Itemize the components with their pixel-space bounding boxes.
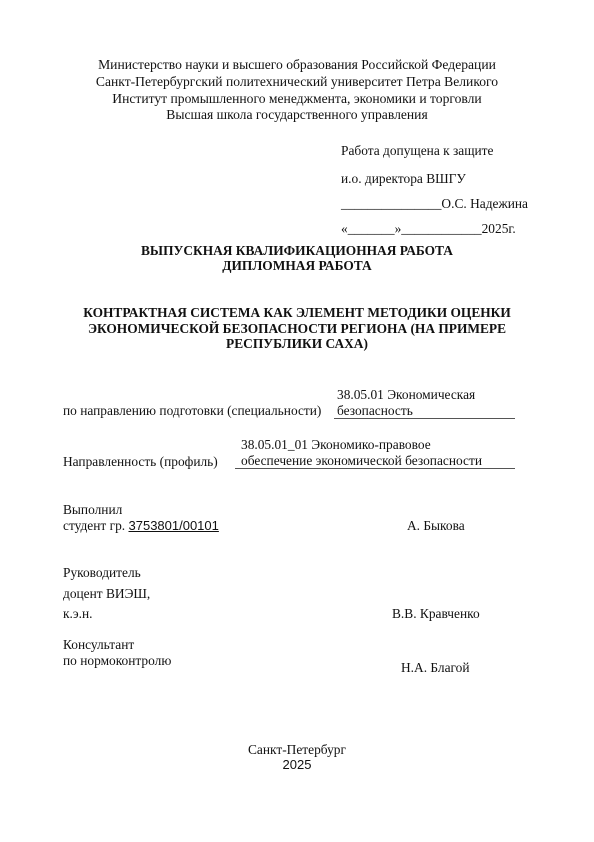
direction-underline: [334, 418, 515, 419]
institute-line: Институт промышленного менеджмента, экон…: [0, 91, 594, 108]
supervisor-position: доцент ВИЭШ,: [63, 586, 150, 602]
thesis-title: КОНТРАКТНАЯ СИСТЕМА КАК ЭЛЕМЕНТ МЕТОДИКИ…: [0, 305, 594, 352]
supervisor-label: Руководитель: [63, 565, 141, 581]
student-group-number: 3753801/00101: [129, 518, 219, 533]
profile-underline: [235, 468, 515, 469]
direction-label: по направлению подготовки (специальности…: [63, 403, 321, 419]
profile-value-line-1: 38.05.01_01 Экономико-правовое: [241, 437, 431, 453]
profile-label: Направленность (профиль): [63, 454, 218, 470]
institution-header: Министерство науки и высшего образования…: [0, 57, 594, 124]
thesis-title-line-1: КОНТРАКТНАЯ СИСТЕМА КАК ЭЛЕМЕНТ МЕТОДИКИ…: [0, 305, 594, 321]
supervisor-degree: к.э.н.: [63, 606, 92, 622]
performer-label: Выполнил: [63, 502, 122, 518]
footer-city: Санкт-Петербург: [0, 742, 594, 757]
approval-date-line: «_______»____________2025г.: [341, 221, 516, 237]
approval-admitted: Работа допущена к защите: [341, 143, 493, 159]
thesis-title-line-2: ЭКОНОМИЧЕСКОЙ БЕЗОПАСНОСТИ РЕГИОНА (НА П…: [0, 321, 594, 337]
approval-signature-line: _______________О.С. Надежина: [341, 196, 528, 212]
profile-value-line-2: обеспечение экономической безопасности: [241, 453, 482, 469]
work-type-line-1: ВЫПУСКНАЯ КВАЛИФИКАЦИОННАЯ РАБОТА: [0, 243, 594, 258]
performer-group-line: студент гр. 3753801/00101: [63, 518, 219, 534]
university-line: Санкт-Петербургский политехнический унив…: [0, 74, 594, 91]
consultant-role: по нормоконтролю: [63, 653, 171, 669]
ministry-line: Министерство науки и высшего образования…: [0, 57, 594, 74]
thesis-title-line-3: РЕСПУБЛИКИ САХА): [0, 336, 594, 352]
work-type: ВЫПУСКНАЯ КВАЛИФИКАЦИОННАЯ РАБОТА ДИПЛОМ…: [0, 243, 594, 273]
student-group-prefix: студент гр.: [63, 518, 125, 533]
consultant-name: Н.А. Благой: [401, 660, 470, 676]
footer-year: 2025: [0, 757, 594, 772]
school-line: Высшая школа государственного управления: [0, 107, 594, 124]
work-type-line-2: ДИПЛОМНАЯ РАБОТА: [0, 258, 594, 273]
direction-value-line-1: 38.05.01 Экономическая: [337, 387, 475, 403]
direction-value-line-2: безопасность: [337, 403, 413, 419]
performer-name: А. Быкова: [407, 518, 465, 534]
consultant-label: Консультант: [63, 637, 134, 653]
supervisor-name: В.В. Кравченко: [392, 606, 480, 622]
approval-position: и.о. директора ВШГУ: [341, 171, 466, 187]
